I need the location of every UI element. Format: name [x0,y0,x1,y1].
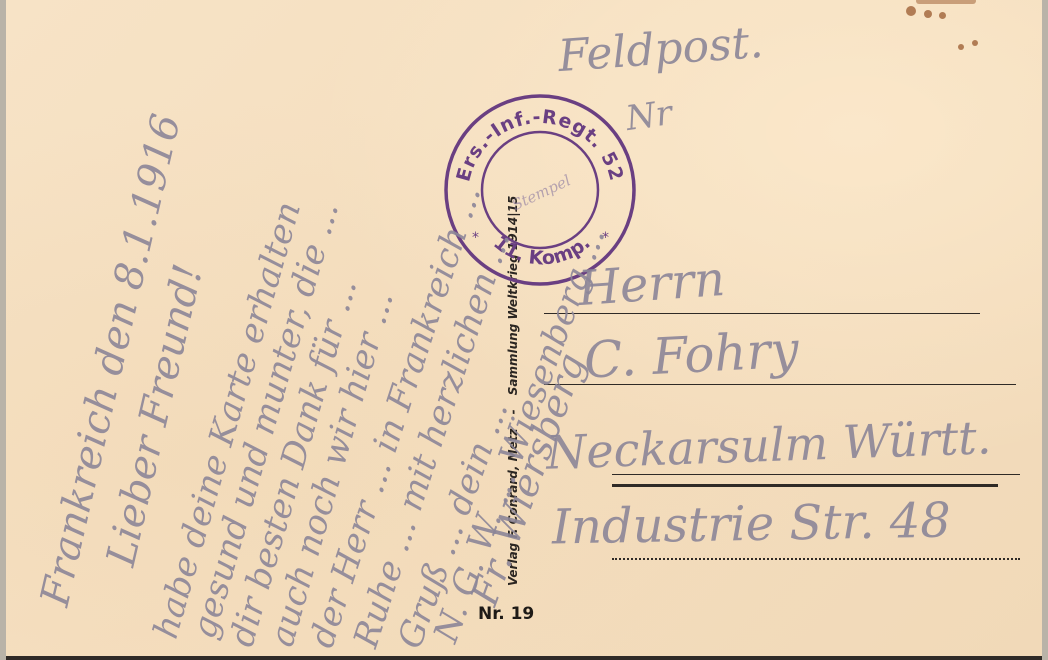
feldpost-heading: Feldpost. [556,17,764,82]
address-name: C. Fohry [583,320,800,389]
foxing-spot [939,12,946,19]
postmark-center-text: Stempel [509,171,574,214]
foxing-spot [906,6,916,16]
address-line-4 [612,558,1020,560]
postcard-back: Verlag F. Conrard, Metz - Sammlung Weltk… [6,0,1042,656]
foxing-spot [958,44,964,50]
card-edge [6,656,1042,660]
feldpost-mark: Nr [623,93,674,139]
foxing-spot [972,40,978,46]
address-line-3-underline [612,484,998,487]
address-line-2 [544,384,1016,385]
address-line-3 [612,474,1020,475]
foxing-spot [924,10,932,18]
address-street: Industrie Str. 48 [552,493,952,556]
address-line-1 [544,313,980,314]
card-number: Nr. 19 [478,604,534,624]
foxing-spot [916,0,976,4]
address-city: Neckarsulm Württ. [545,410,992,480]
